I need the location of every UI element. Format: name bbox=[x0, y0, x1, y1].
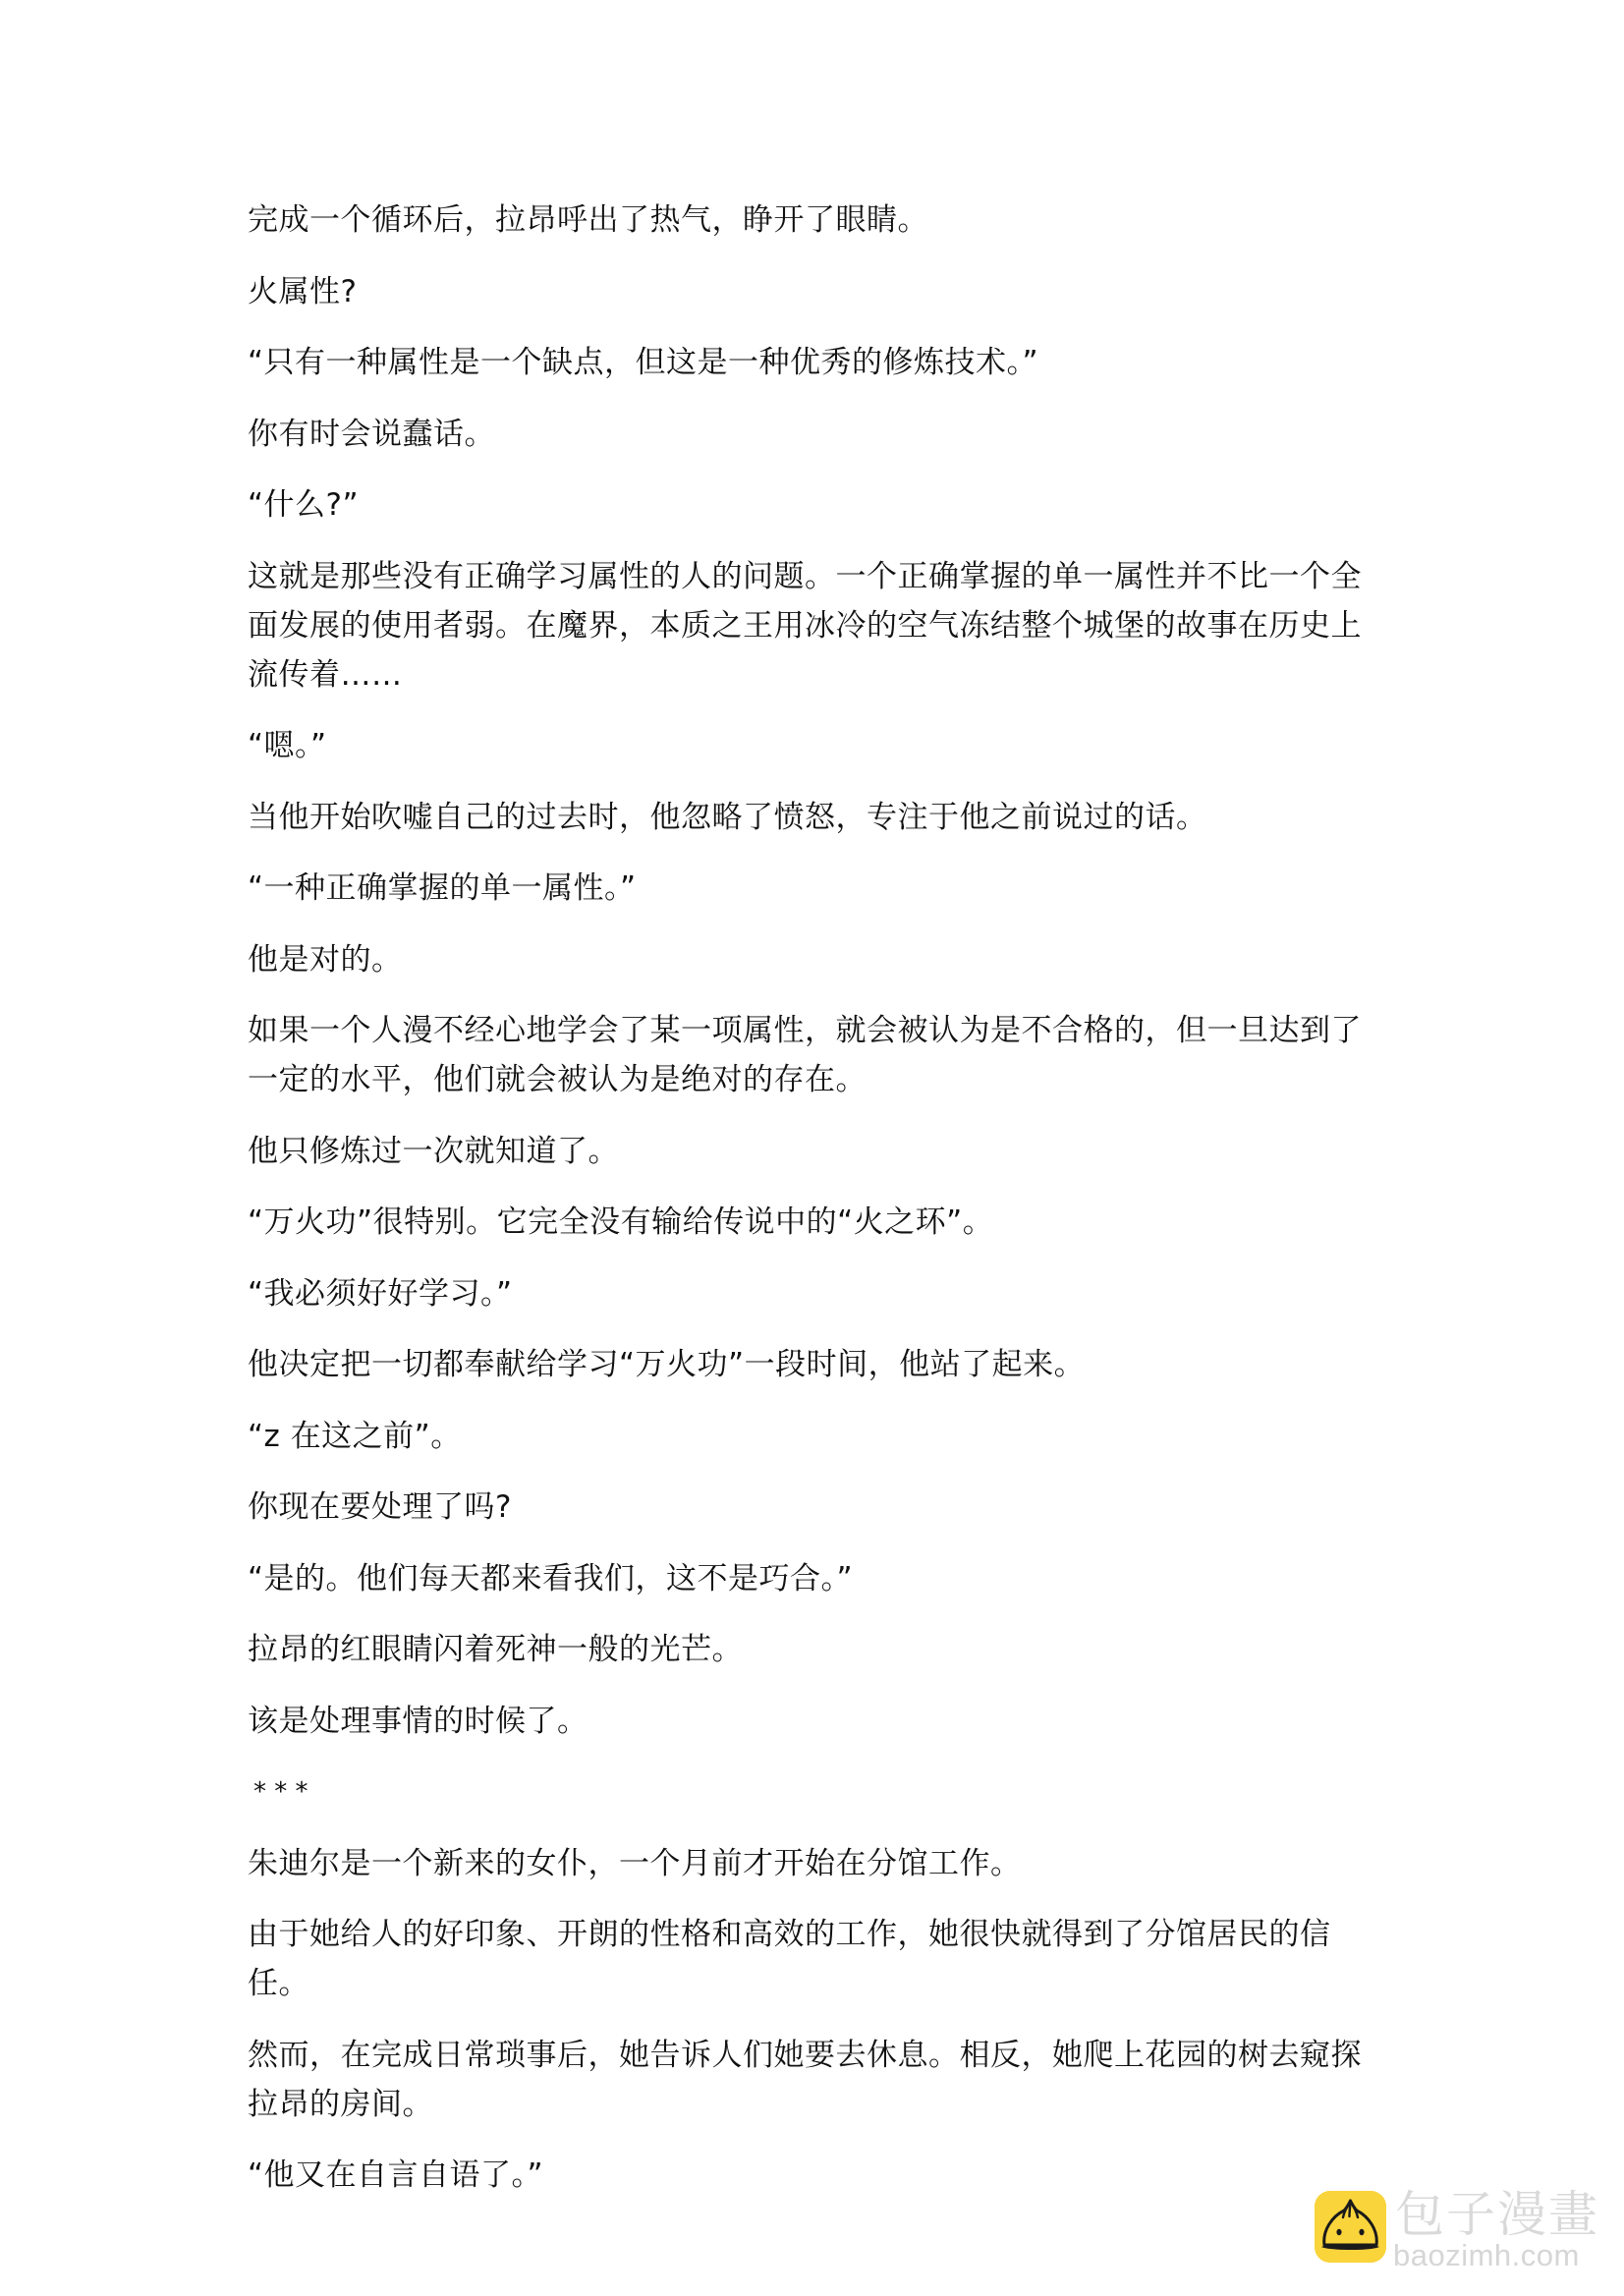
paragraph: “他又在自言自语了。” bbox=[248, 2151, 1389, 2200]
paragraph: 拉昂的红眼睛闪着死神一般的光芒。 bbox=[248, 1625, 1389, 1674]
paragraph: 他是对的。 bbox=[248, 935, 1389, 984]
paragraph: “一种正确掌握的单一属性。” bbox=[248, 864, 1389, 913]
paragraph: 他只修炼过一次就知道了。 bbox=[248, 1127, 1389, 1176]
paragraph: 由于她给人的好印象、开朗的性格和高效的工作，她很快就得到了分馆居民的信任。 bbox=[248, 1910, 1389, 2008]
paragraph: 你有时会说蠢话。 bbox=[248, 410, 1389, 459]
paragraph: 完成一个循环后，拉昂呼出了热气，睁开了眼睛。 bbox=[248, 196, 1389, 245]
paragraph: “嗯。” bbox=[248, 721, 1389, 770]
paragraph: 当他开始吹嘘自己的过去时，他忽略了愤怒，专注于他之前说过的话。 bbox=[248, 793, 1389, 842]
watermark-url: baozimh.com bbox=[1393, 2240, 1580, 2271]
section-separator: * * * bbox=[248, 1767, 1389, 1817]
paragraph: 你现在要处理了吗? bbox=[248, 1483, 1389, 1532]
chapter-text: 完成一个循环后，拉昂呼出了热气，睁开了眼睛。 火属性? “只有一种属性是一个缺点… bbox=[248, 196, 1389, 2222]
paragraph: 这就是那些没有正确学习属性的人的问题。一个正确掌握的单一属性并不比一个全面发展的… bbox=[248, 552, 1389, 700]
paragraph: 朱迪尔是一个新来的女仆，一个月前才开始在分馆工作。 bbox=[248, 1839, 1389, 1888]
steamed-bun-logo-icon bbox=[1315, 2191, 1386, 2263]
paragraph: “只有一种属性是一个缺点，但这是一种优秀的修炼技术。” bbox=[248, 338, 1389, 387]
paragraph: “万火功”很特别。它完全没有输给传说中的“火之环”。 bbox=[248, 1198, 1389, 1247]
paragraph: “z 在这之前”。 bbox=[248, 1412, 1389, 1461]
paragraph: “是的。他们每天都来看我们，这不是巧合。” bbox=[248, 1554, 1389, 1603]
paragraph: 如果一个人漫不经心地学会了某一项属性，就会被认为是不合格的，但一旦达到了一定的水… bbox=[248, 1006, 1389, 1104]
paragraph: 火属性? bbox=[248, 267, 1389, 316]
site-watermark: 包子漫畫 baozimh.com bbox=[1315, 2191, 1599, 2269]
paragraph: 然而，在完成日常琐事后，她告诉人们她要去休息。相反，她爬上花园的树去窥探拉昂的房… bbox=[248, 2031, 1389, 2129]
paragraph: “我必须好好学习。” bbox=[248, 1269, 1389, 1318]
paragraph: “什么?” bbox=[248, 480, 1389, 530]
paragraph: 该是处理事情的时候了。 bbox=[248, 1697, 1389, 1746]
watermark-title: 包子漫畫 bbox=[1395, 2187, 1599, 2242]
paragraph: 他决定把一切都奉献给学习“万火功”一段时间，他站了起来。 bbox=[248, 1340, 1389, 1389]
document-page: 完成一个循环后，拉昂呼出了热气，睁开了眼睛。 火属性? “只有一种属性是一个缺点… bbox=[0, 0, 1624, 2296]
